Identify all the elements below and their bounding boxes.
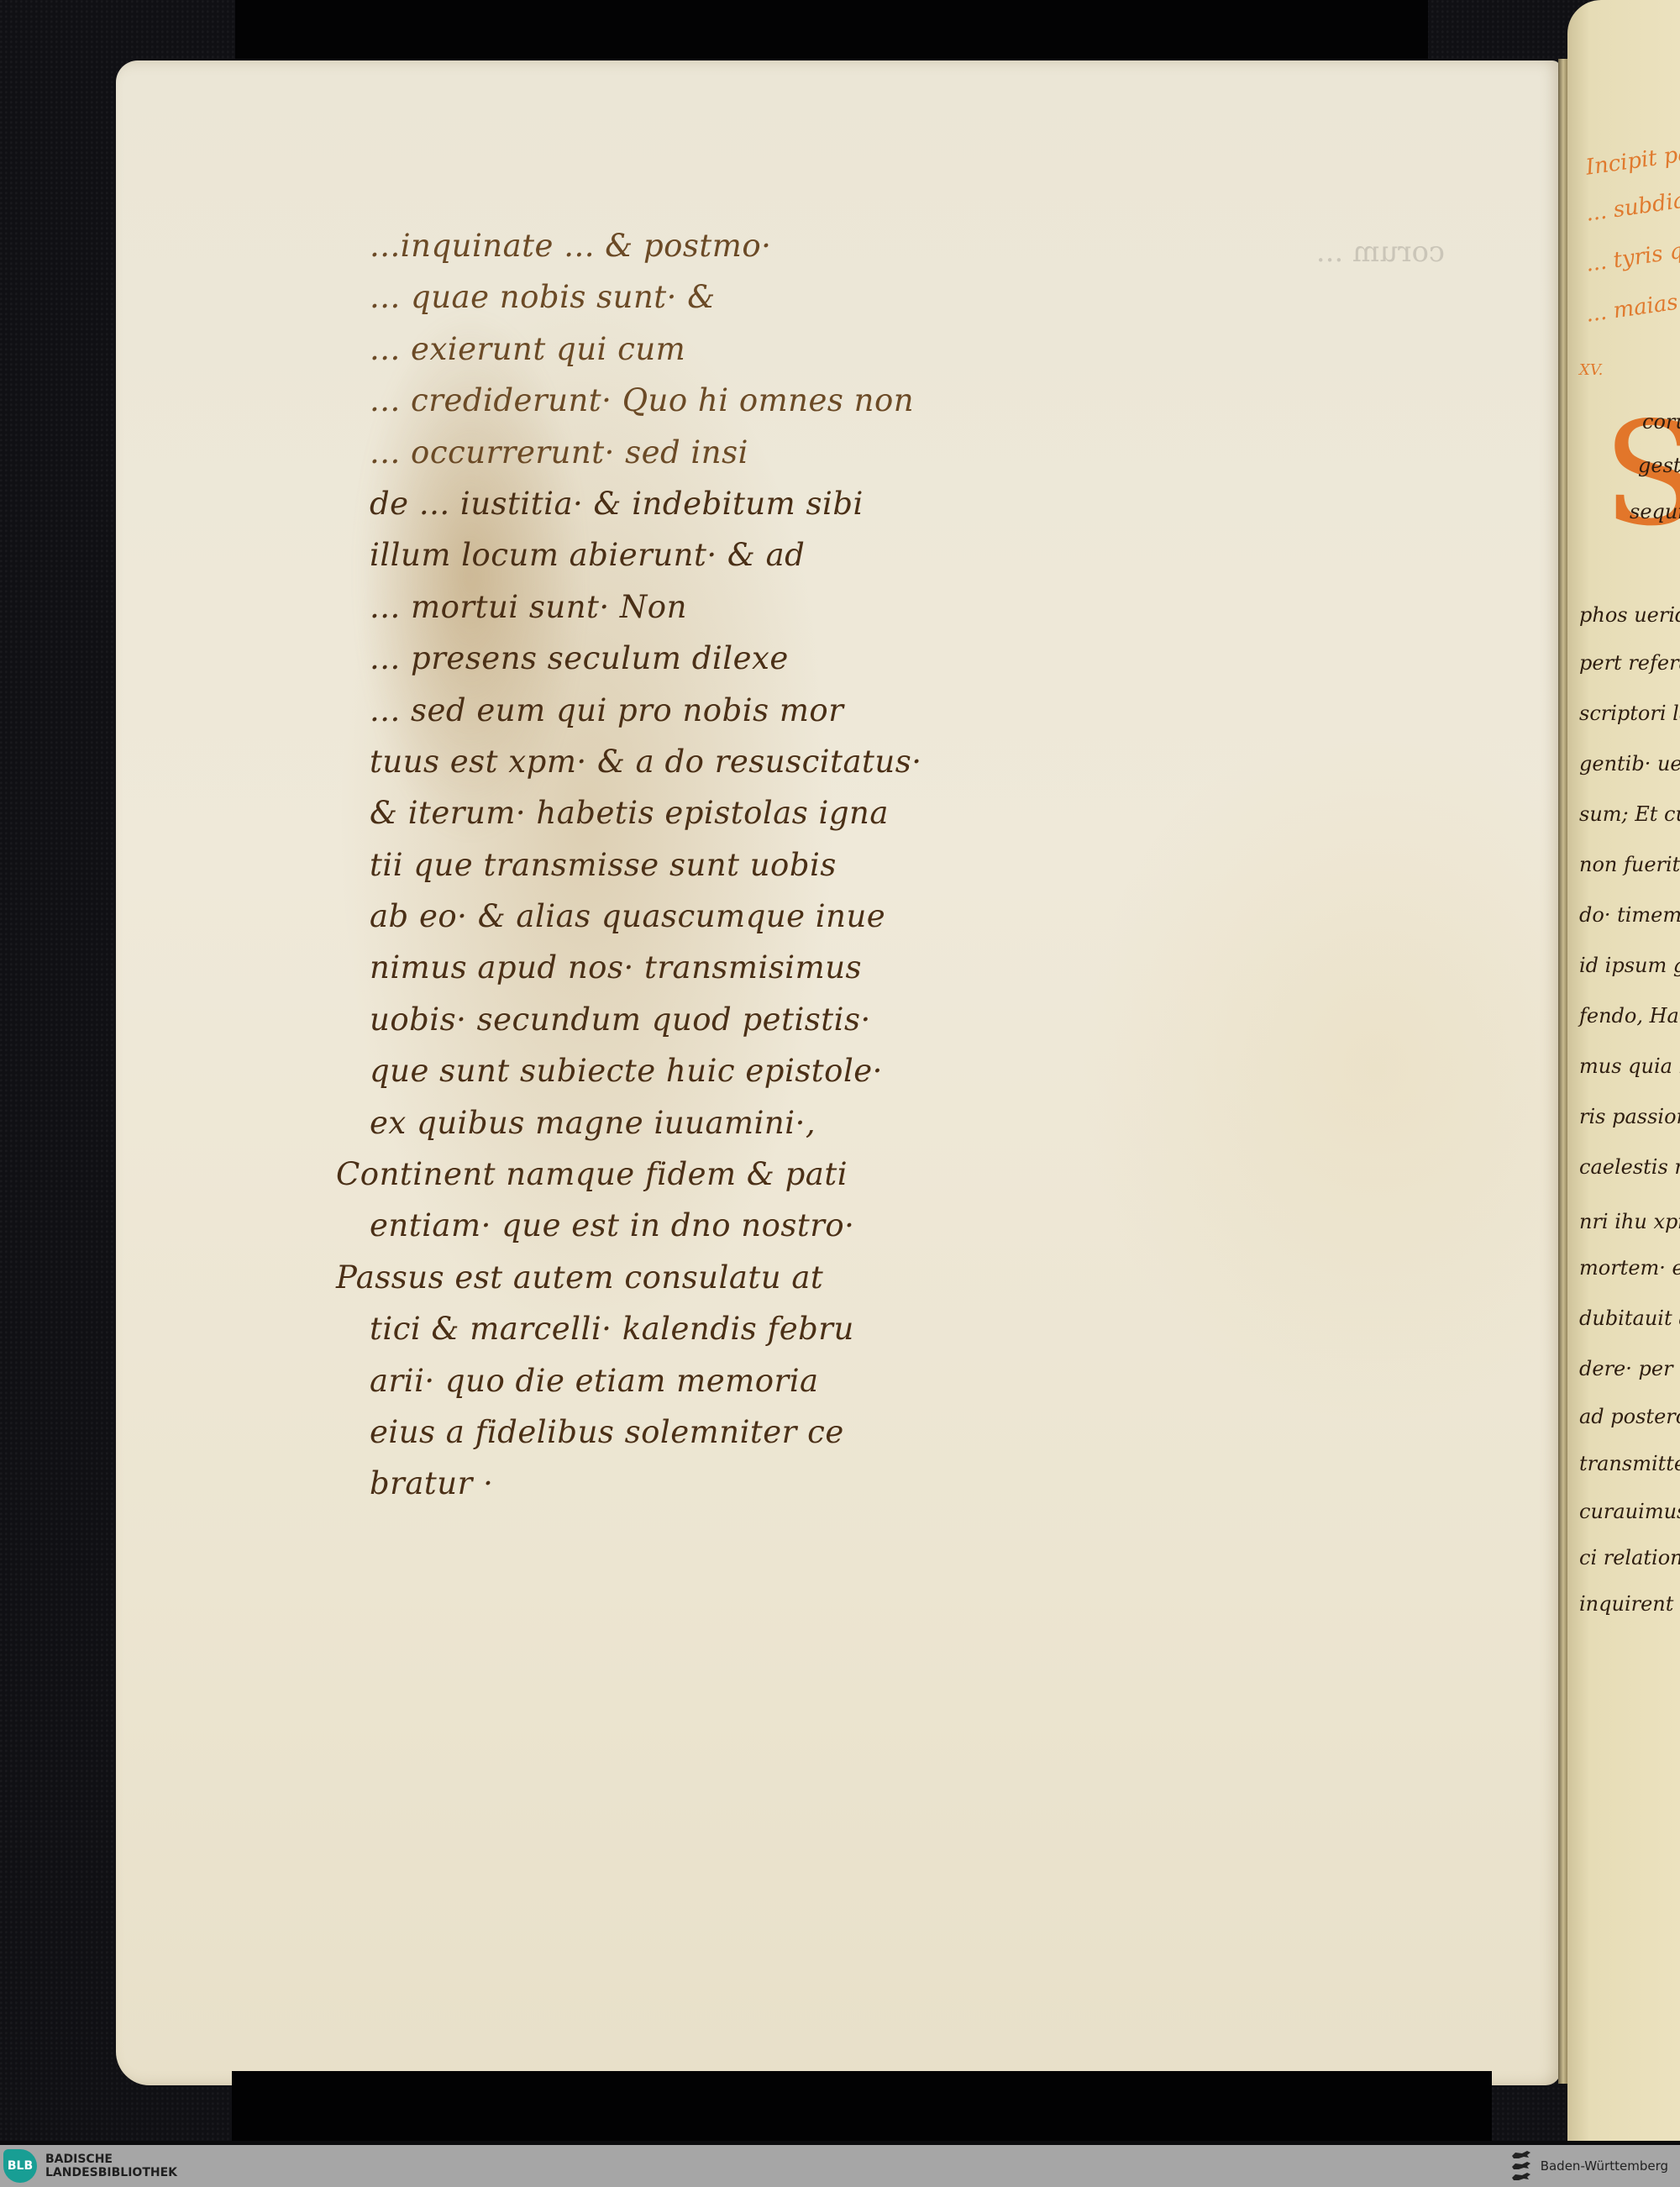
text-line: de ... iustitia· & indebitum sibi	[370, 478, 907, 529]
recto-line: mortem· et corpu...	[1579, 1256, 1680, 1280]
blb-name: BADISCHE LANDESBIBLIOTHEK	[45, 2153, 177, 2179]
text-line: ... exierunt qui cum	[370, 323, 907, 375]
recto-line: pert referare serm...	[1579, 651, 1680, 675]
text-line: Passus est autem consulatu at	[336, 1252, 907, 1303]
text-line: ... crediderunt· Quo hi omnes non	[370, 375, 907, 426]
recto-line: dere· per ordinem ...	[1579, 1357, 1680, 1380]
blb-branding[interactable]: BLB BADISCHE LANDESBIBLIOTHEK	[3, 2149, 177, 2183]
text-line: uobis· secundum quod petistis·	[370, 994, 907, 1045]
blb-name-line1: BADISCHE	[45, 2153, 177, 2166]
backdrop-shadow-top	[235, 0, 1428, 59]
text-line: ... mortui sunt· Non	[370, 581, 907, 633]
bw-branding[interactable]: Baden-Württemberg	[1509, 2148, 1668, 2184]
recto-line: curauimus; Non solu...	[1579, 1500, 1680, 1523]
backdrop-shadow-bottom	[232, 2071, 1492, 2141]
show-through-line: corum ...	[941, 227, 1445, 278]
recto-line: sequi. corum ...	[1630, 500, 1680, 523]
text-line: ... quae nobis sunt· &	[370, 271, 907, 323]
text-line: illum locum abierunt· & ad	[370, 529, 907, 581]
text-line: ... occurrerunt· sed insi	[370, 427, 907, 478]
recto-line: corum ...	[1642, 410, 1680, 434]
text-line: ... presens seculum dilexe	[370, 633, 907, 684]
recto-line: caelestis regni· a...	[1579, 1155, 1680, 1179]
chapter-numeral: XV.	[1579, 361, 1603, 379]
recto-line: fendo, Haec id cir...	[1579, 1004, 1680, 1028]
text-line: ab eo· & alias quascumque inue	[370, 891, 907, 942]
recto-line: ris passionem· ...	[1579, 1105, 1680, 1128]
footer-bar: BLB BADISCHE LANDESBIBLIOTHEK Baden-Würt…	[0, 2145, 1680, 2187]
recto-line: ci relatione ponder...	[1579, 1546, 1680, 1569]
text-line: que sunt subiecte huic epistole·	[370, 1045, 907, 1096]
recto-line: sum; Et cum ...	[1579, 802, 1680, 826]
text-line: Continent namque fidem & pati	[336, 1149, 907, 1200]
text-line: ...inquinate ... & postmo·	[370, 220, 907, 271]
recto-line: non fuerit supp...	[1579, 853, 1680, 876]
recto-line: transmittere· dno a...	[1579, 1452, 1680, 1475]
recto-line: gentib· ueremu...	[1579, 752, 1680, 775]
text-line: bratur ·	[370, 1458, 907, 1509]
recto-line: ad posteros fideli re...	[1579, 1405, 1680, 1428]
text-line: eius a fidelibus solemniter ce	[370, 1406, 907, 1458]
blb-name-line2: LANDESBIBLIOTHEK	[45, 2166, 177, 2179]
verso-text-block: ...inquinate ... & postmo· ... quae nobi…	[370, 220, 907, 1510]
recto-line: scriptori labor...	[1579, 702, 1680, 725]
recto-line: gesta per ...	[1638, 454, 1680, 477]
text-line: nimus apud nos· transmisimus	[370, 942, 907, 993]
text-line: entiam· que est in dno nostro·	[370, 1200, 907, 1251]
recto-line: inquirent ...	[1579, 1592, 1680, 1616]
blb-logo-icon: BLB	[3, 2149, 37, 2183]
show-through-text: corum ...	[941, 227, 1445, 1781]
recto-line: id ipsum generet ...	[1579, 954, 1680, 977]
text-line: tici & marcelli· kalendis febru	[370, 1303, 907, 1354]
recto-line: nri ihu xpi· anim...	[1579, 1210, 1680, 1233]
text-line: & iterum· habetis epistolas igna	[370, 787, 907, 839]
text-line: arii· quo die etiam memoria	[370, 1355, 907, 1406]
recto-line: phos ueridica qu...	[1579, 603, 1680, 627]
text-line: tii que transmisse sunt uobis	[370, 839, 907, 891]
text-line: ... sed eum qui pro nobis mor	[370, 685, 907, 736]
recto-line: dubitauit ad supp...	[1579, 1306, 1680, 1330]
text-line: tuus est xpm· & a do resuscitatus·	[370, 736, 907, 787]
recto-line: do· timem· ne for...	[1579, 903, 1680, 927]
bw-name: Baden-Württemberg	[1541, 2158, 1668, 2174]
lions-crest-icon	[1509, 2148, 1534, 2184]
text-line: ex quibus magne iuuamini·,	[370, 1097, 907, 1149]
recto-line: mus quia beati a...	[1579, 1054, 1680, 1078]
